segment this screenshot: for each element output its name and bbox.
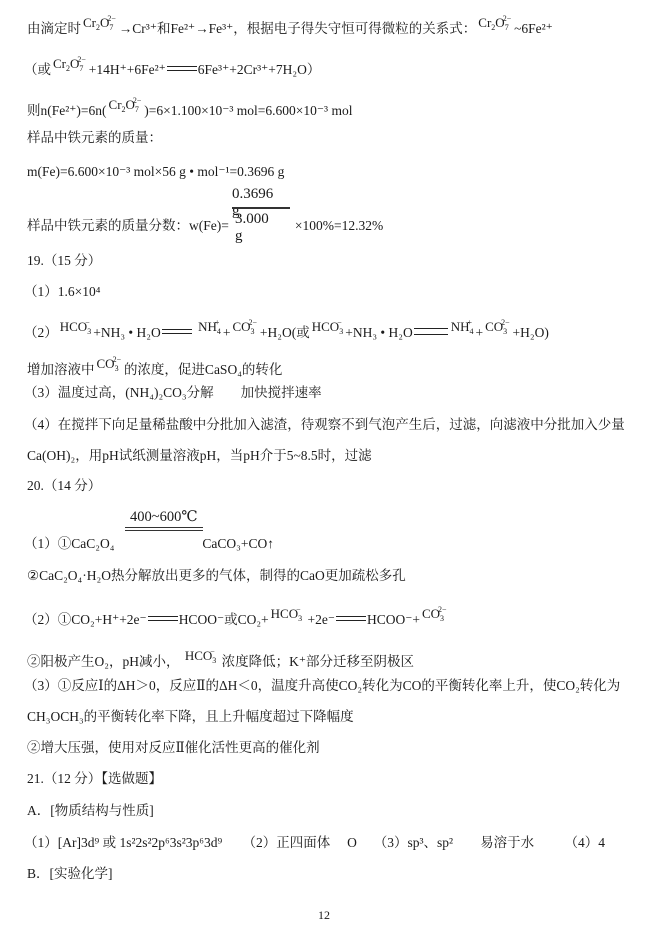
- equals-sign-icon: [148, 616, 178, 621]
- q20-part-2-equation: （2）①CO₂+H⁺+2e⁻HCOO⁻或CO₂+HCO3− +2e⁻HCOO⁻+…: [24, 605, 446, 629]
- q19-part-2-equation: （2）HCO3−+NH₃ • H₂O NH4++CO32− +H₂O(或HCO3…: [24, 318, 549, 342]
- q20-part-3-line2: CH₃OCH₃的平衡转化率下降，且上升幅度超过下降幅度: [27, 708, 354, 726]
- question-21-title: 21.（12 分）【选做题】: [27, 770, 162, 788]
- text: 则n(Fe²⁺)=6n(: [27, 103, 107, 118]
- page-number: 12: [318, 908, 330, 923]
- text: （1）①CaC₂O₄: [24, 536, 114, 551]
- q21-section-a-answers: （1）[Ar]3d⁹ 或 1s²2s²2p⁶3s²3p⁶3d⁹ （2）正四面体 …: [24, 834, 605, 852]
- question-20-title: 20.（14 分）: [27, 477, 101, 495]
- carbonate-ion: CO32−: [422, 605, 444, 628]
- text: +: [223, 325, 231, 340]
- bicarbonate-ion: HCO3−: [185, 647, 216, 670]
- text: +H₂O(或: [260, 325, 310, 340]
- bicarbonate-ion: HCO3−: [60, 318, 91, 341]
- fraction-bar: [232, 207, 290, 209]
- text: )=6×1.100×10⁻³ mol=6.600×10⁻³ mol: [144, 103, 352, 118]
- text: 浓度降低；K⁺部分迁移至阴极区: [222, 654, 414, 669]
- line-titration-relation: 由滴定时Cr2O72− →Cr³⁺和Fe²⁺→Fe³⁺，根据电子得失守恒可得微粒…: [27, 14, 553, 38]
- text: 6Fe³⁺+2Cr³⁺+7H₂O）: [198, 62, 321, 77]
- text: +NH₃ • H₂O: [345, 325, 413, 340]
- q19-part-3: （3）温度过高，(NH₄)₂CO₃分解 加快搅拌速率: [24, 384, 322, 402]
- dichromate-ion: Cr2O72−: [53, 55, 83, 78]
- dichromate-ion: Cr2O72−: [109, 96, 139, 119]
- text: +: [475, 325, 483, 340]
- q20-part-3-line1: （3）①反应Ⅰ的ΔH＞0，反应Ⅱ的ΔH＜0，温度升高使CO₂转化为CO的平衡转化…: [24, 677, 620, 695]
- q19-part-2-explanation: 增加溶液中CO32− 的浓度，促进CaSO₄的转化: [27, 355, 282, 379]
- equals-sign-icon: [336, 616, 366, 621]
- text: +2e⁻: [307, 612, 334, 627]
- text: ×100%=12.32%: [295, 218, 383, 233]
- carbonate-ion: CO32−: [232, 318, 254, 341]
- q21-section-b-title: B．[实验化学]: [27, 865, 113, 883]
- text: HCOO⁻或CO₂+: [179, 612, 269, 627]
- text: +H₂O): [513, 325, 549, 340]
- text: CaCO₃+CO↑: [202, 536, 274, 551]
- equals-sign-icon: [162, 329, 192, 334]
- text: （2）①CO₂+H⁺+2e⁻: [24, 612, 147, 627]
- q20-part-3b: ②增大压强，使用对反应Ⅱ催化活性更高的催化剂: [27, 739, 320, 757]
- text: 增加溶液中: [27, 362, 95, 377]
- text: 的浓度，促进CaSO₄的转化: [124, 362, 282, 377]
- text: （或: [24, 62, 51, 77]
- carbonate-ion: CO32−: [485, 318, 507, 341]
- reversible-arrow-icon: [414, 328, 448, 335]
- text: （2）: [24, 325, 58, 340]
- line-iron-mass-calc: m(Fe)=6.600×10⁻³ mol×56 g • mol⁻¹=0.3696…: [27, 163, 284, 181]
- line-mass-fraction: 样品中铁元素的质量分数：w(Fe)=×100%=12.32%: [27, 217, 383, 235]
- reaction-condition: 400~600℃: [130, 509, 198, 526]
- text: +NH₃ • H₂O: [93, 325, 161, 340]
- dichromate-ion: Cr2O72−: [83, 14, 113, 37]
- line-moles-fe: 则n(Fe²⁺)=6n(Cr2O72− )=6×1.100×10⁻³ mol=6…: [27, 96, 352, 120]
- text: 由滴定时: [27, 21, 81, 36]
- ammonium-ion: NH4+: [451, 318, 474, 341]
- text: →Cr³⁺和Fe²⁺→Fe³⁺，根据电子得失守恒可得微粒的关系式：: [119, 21, 477, 36]
- dichromate-ion: Cr2O72−: [478, 14, 508, 37]
- text: +14H⁺+6Fe²⁺: [89, 62, 166, 77]
- q20-part-2b: ②阳极产生O₂，pH减小， HCO3− 浓度降低；K⁺部分迁移至阴极区: [27, 647, 414, 671]
- q20-part-1-equation: （1）①CaC₂O₄CaCO₃+CO↑: [24, 535, 274, 553]
- question-19-title: 19.（15 分）: [27, 252, 101, 270]
- q19-part-4-line2: Ca(OH)₂，用pH试纸测量溶液pH，当pH介于5~8.5时，过滤: [27, 447, 372, 465]
- text: 样品中铁元素的质量分数：w(Fe)=: [27, 218, 229, 233]
- q19-part-4-line1: （4）在搅拌下向足量稀盐酸中分批加入滤渣，待观察不到气泡产生后，过滤，向滤液中分…: [24, 416, 625, 434]
- line-redox-equation: （或Cr2O72− +14H⁺+6Fe²⁺6Fe³⁺+2Cr³⁺+7H₂O）: [24, 55, 320, 79]
- temperature-label: 400~600℃: [130, 509, 198, 525]
- text: ②阳极产生O₂，pH减小，: [27, 654, 179, 669]
- bicarbonate-ion: HCO3−: [312, 318, 343, 341]
- carbonate-ion: CO32−: [97, 355, 119, 378]
- text: HCOO⁻+: [367, 612, 420, 627]
- q19-part-1: （1）1.6×10⁴: [24, 283, 100, 301]
- text: ~6Fe²⁺: [514, 21, 553, 36]
- equals-sign-icon: [167, 66, 197, 71]
- bicarbonate-ion: HCO3−: [271, 605, 302, 628]
- line-iron-mass-heading: 样品中铁元素的质量：: [27, 129, 162, 147]
- equals-bar: [125, 530, 203, 531]
- q20-part-1b: ②CaC₂O₄·H₂O热分解放出更多的气体，制得的CaO更加疏松多孔: [27, 567, 406, 585]
- ammonium-ion: NH4+: [198, 318, 221, 341]
- equals-bar: [125, 527, 203, 528]
- q21-section-a-title: A．[物质结构与性质]: [27, 802, 154, 820]
